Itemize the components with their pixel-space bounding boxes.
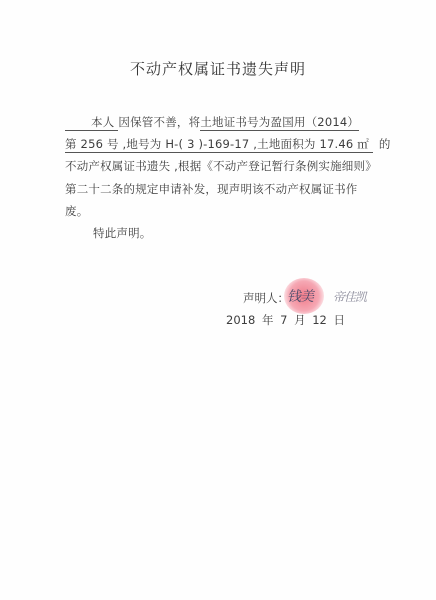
parcel-info-field: 第 256 号 ,地号为 H-( 3 )-169-17 ,土地面积为 17.46… — [65, 137, 373, 153]
certificate-number-field: 土地证书号为盈国用（2014） — [200, 115, 359, 131]
declaration-date: 2018 年 7 月 12 日 — [226, 312, 345, 328]
date-day: 12 — [312, 313, 327, 327]
date-year: 2018 — [226, 313, 255, 327]
document-title: 不动产权属证书遗失声明 — [0, 58, 436, 79]
declaration-page: 不动产权属证书遗失声明 本人因保管不善，将土地证书号为盈国用（2014） 第 2… — [0, 0, 436, 600]
particle-text: 的 — [379, 137, 391, 151]
handwritten-signature-1: 钱美 — [287, 286, 313, 306]
paragraph-line-4: 第二十二条的规定申请补发，现声明该不动产权属证书作 — [65, 181, 358, 197]
paragraph-line-2: 第 256 号 ,地号为 H-( 3 )-169-17 ,土地面积为 17.46… — [65, 136, 391, 152]
closing-statement: 特此声明。 — [93, 225, 152, 241]
paragraph-line-3: 不动产权属证书遗失 ,根据《不动产登记暂行条例实施细则》 — [65, 158, 377, 174]
date-month-unit: 月 — [294, 313, 306, 327]
date-day-unit: 日 — [334, 313, 346, 327]
handwritten-signature-2: 帝佳凯 — [333, 288, 366, 305]
signer-label: 声明人： — [243, 290, 289, 306]
declarant-field: 本人 — [65, 115, 118, 131]
date-year-unit: 年 — [262, 313, 274, 327]
paragraph-line-1: 本人因保管不善，将土地证书号为盈国用（2014） — [65, 114, 359, 130]
reason-text: 因保管不善，将 — [118, 115, 200, 129]
date-month: 7 — [280, 313, 287, 327]
paragraph-line-5: 废。 — [65, 203, 88, 219]
